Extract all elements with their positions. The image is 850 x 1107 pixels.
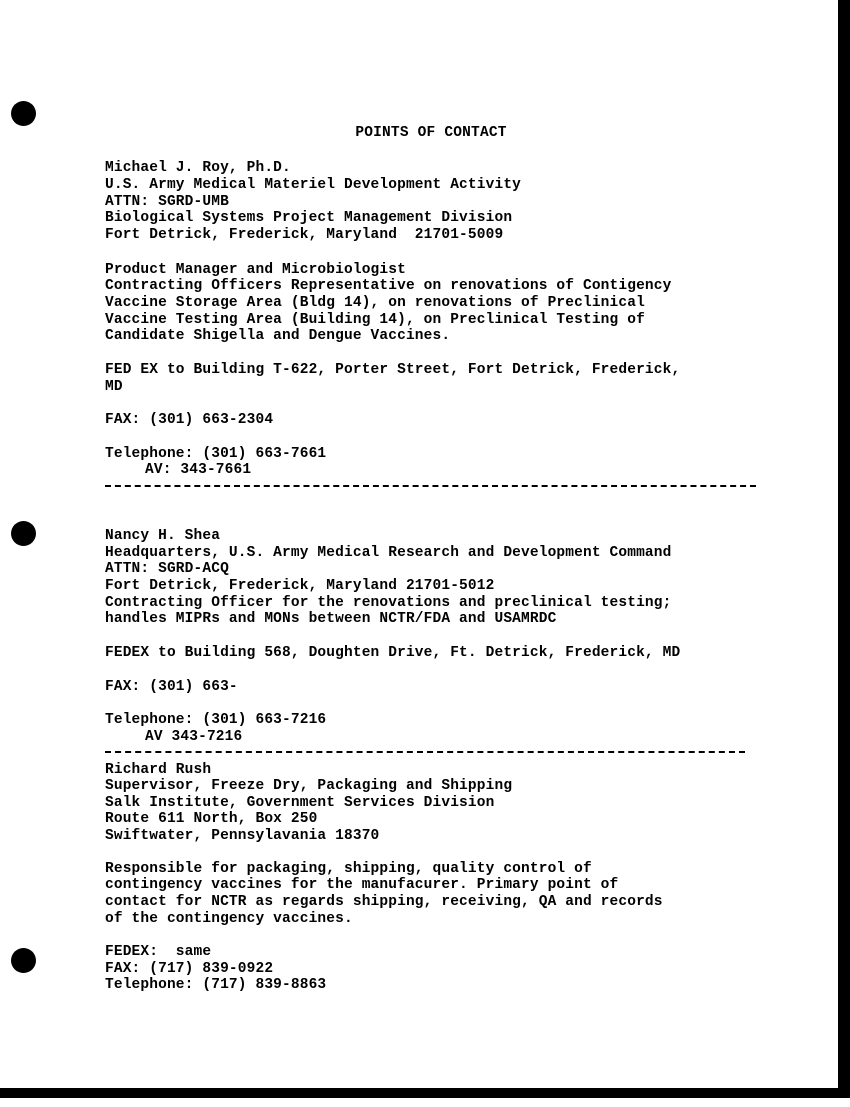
role-line: Responsible for packaging, shipping, qua… [105, 861, 592, 878]
role-line: of the contingency vaccines. [105, 911, 353, 928]
role-line: handles MIPRs and MONs between NCTR/FDA … [105, 611, 556, 628]
page-title: POINTS OF CONTACT [0, 125, 850, 141]
role-line: Product Manager and Microbiologist [105, 262, 406, 279]
role-line: Vaccine Testing Area (Building 14), on P… [105, 312, 645, 329]
fax-number: FAX: (301) 663-2304 [105, 412, 273, 429]
contact-name: Michael J. Roy, Ph.D. [105, 160, 291, 177]
av-number: AV 343-7216 [145, 729, 242, 746]
document-page: POINTS OF CONTACT Michael J. Roy, Ph.D. … [0, 0, 850, 1107]
address-line: ATTN: SGRD-UMB [105, 194, 229, 211]
telephone-number: Telephone: (301) 663-7216 [105, 712, 326, 729]
fedex-line: FEDEX to Building 568, Doughten Drive, F… [105, 645, 680, 662]
telephone-number: Telephone: (717) 839-8863 [105, 977, 326, 994]
fedex-line: FEDEX: same [105, 944, 211, 961]
role-line: Contracting Officers Representative on r… [105, 278, 672, 295]
hole-punch-icon [11, 101, 36, 126]
scan-border-bottom [0, 1088, 850, 1098]
fedex-line: FED EX to Building T-622, Porter Street,… [105, 362, 680, 379]
telephone-number: Telephone: (301) 663-7661 [105, 446, 326, 463]
address-line: Biological Systems Project Management Di… [105, 210, 512, 227]
scan-border-right [838, 0, 850, 1098]
role-line: contingency vaccines for the manufacurer… [105, 877, 618, 894]
address-line: ATTN: SGRD-ACQ [105, 561, 229, 578]
fax-number: FAX: (717) 839-0922 [105, 961, 273, 978]
address-line: Fort Detrick, Frederick, Maryland 21701-… [105, 578, 494, 595]
role-line: Contracting Officer for the renovations … [105, 595, 672, 612]
hole-punch-icon [11, 948, 36, 973]
contact-name: Nancy H. Shea [105, 528, 220, 545]
contact-name: Richard Rush [105, 762, 211, 779]
hole-punch-icon [11, 521, 36, 546]
address-line: Headquarters, U.S. Army Medical Research… [105, 545, 672, 562]
address-line: Fort Detrick, Frederick, Maryland 21701-… [105, 227, 503, 244]
address-line: Route 611 North, Box 250 [105, 811, 317, 828]
role-line: contact for NCTR as regards shipping, re… [105, 894, 663, 911]
fax-number: FAX: (301) 663- [105, 679, 238, 696]
role-line: Vaccine Storage Area (Bldg 14), on renov… [105, 295, 645, 312]
av-number: AV: 343-7661 [145, 462, 251, 479]
address-line: Supervisor, Freeze Dry, Packaging and Sh… [105, 778, 512, 795]
fedex-line: MD [105, 379, 123, 396]
address-line: Swiftwater, Pennsylavania 18370 [105, 828, 379, 845]
role-line: Candidate Shigella and Dengue Vaccines. [105, 328, 450, 345]
address-line: Salk Institute, Government Services Divi… [105, 795, 494, 812]
section-divider [105, 485, 756, 487]
address-line: U.S. Army Medical Materiel Development A… [105, 177, 521, 194]
section-divider [105, 751, 745, 753]
